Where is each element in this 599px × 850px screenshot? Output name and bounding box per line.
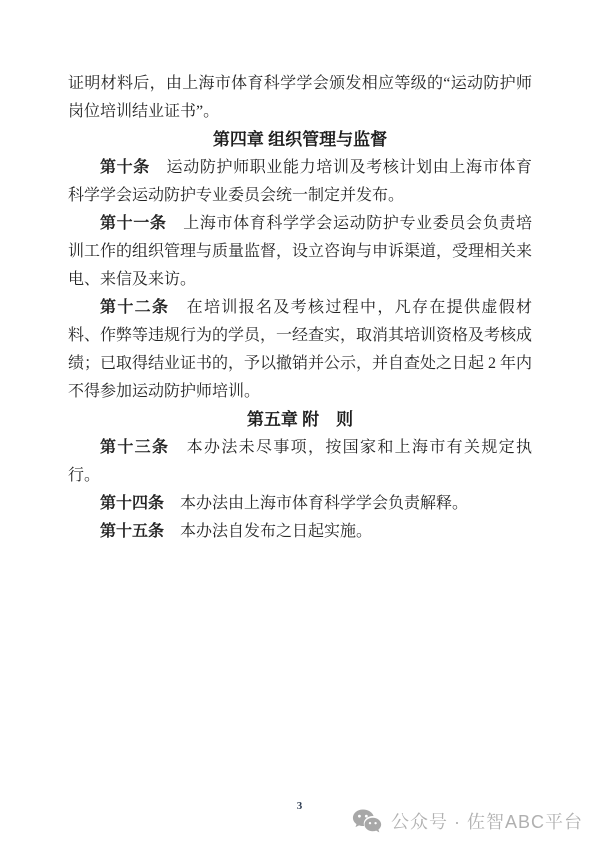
- article-10: 第十条运动防护师职业能力培训及考核计划由上海市体育科学学会运动防护专业委员会统一…: [68, 154, 532, 210]
- watermark: 公众号 · 佐智ABC平台: [352, 808, 583, 834]
- document-page: 证明材料后，由上海市体育科学学会颁发相应等级的“运动防护师岗位培训结业证书”。 …: [0, 0, 599, 850]
- chapter-heading-4: 第四章 组织管理与监督: [68, 126, 532, 154]
- document-body: 证明材料后，由上海市体育科学学会颁发相应等级的“运动防护师岗位培训结业证书”。 …: [68, 70, 532, 546]
- article-12: 第十二条在培训报名及考核过程中，凡存在提供虚假材料、作弊等违规行为的学员，一经查…: [68, 294, 532, 406]
- article-13: 第十三条本办法未尽事项，按国家和上海市有关规定执行。: [68, 434, 532, 490]
- article-12-label: 第十二条: [100, 299, 169, 316]
- article-15: 第十五条本办法自发布之日起实施。: [68, 518, 532, 546]
- article-15-text: 本办法自发布之日起实施。: [180, 523, 372, 540]
- article-11-label: 第十一条: [100, 215, 167, 232]
- article-14-label: 第十四条: [100, 495, 164, 512]
- watermark-text: 公众号 · 佐智ABC平台: [391, 808, 583, 834]
- article-13-label: 第十三条: [100, 439, 169, 456]
- chapter-heading-5: 第五章 附 则: [68, 406, 532, 434]
- article-14: 第十四条本办法由上海市体育科学学会负责解释。: [68, 490, 532, 518]
- paragraph-continuation: 证明材料后，由上海市体育科学学会颁发相应等级的“运动防护师岗位培训结业证书”。: [68, 70, 532, 126]
- article-11: 第十一条上海市体育科学学会运动防护专业委员会负责培训工作的组织管理与质量监督，设…: [68, 210, 532, 294]
- article-14-text: 本办法由上海市体育科学学会负责解释。: [180, 495, 468, 512]
- wechat-icon: [352, 808, 382, 834]
- article-10-label: 第十条: [100, 159, 150, 176]
- article-15-label: 第十五条: [100, 523, 164, 540]
